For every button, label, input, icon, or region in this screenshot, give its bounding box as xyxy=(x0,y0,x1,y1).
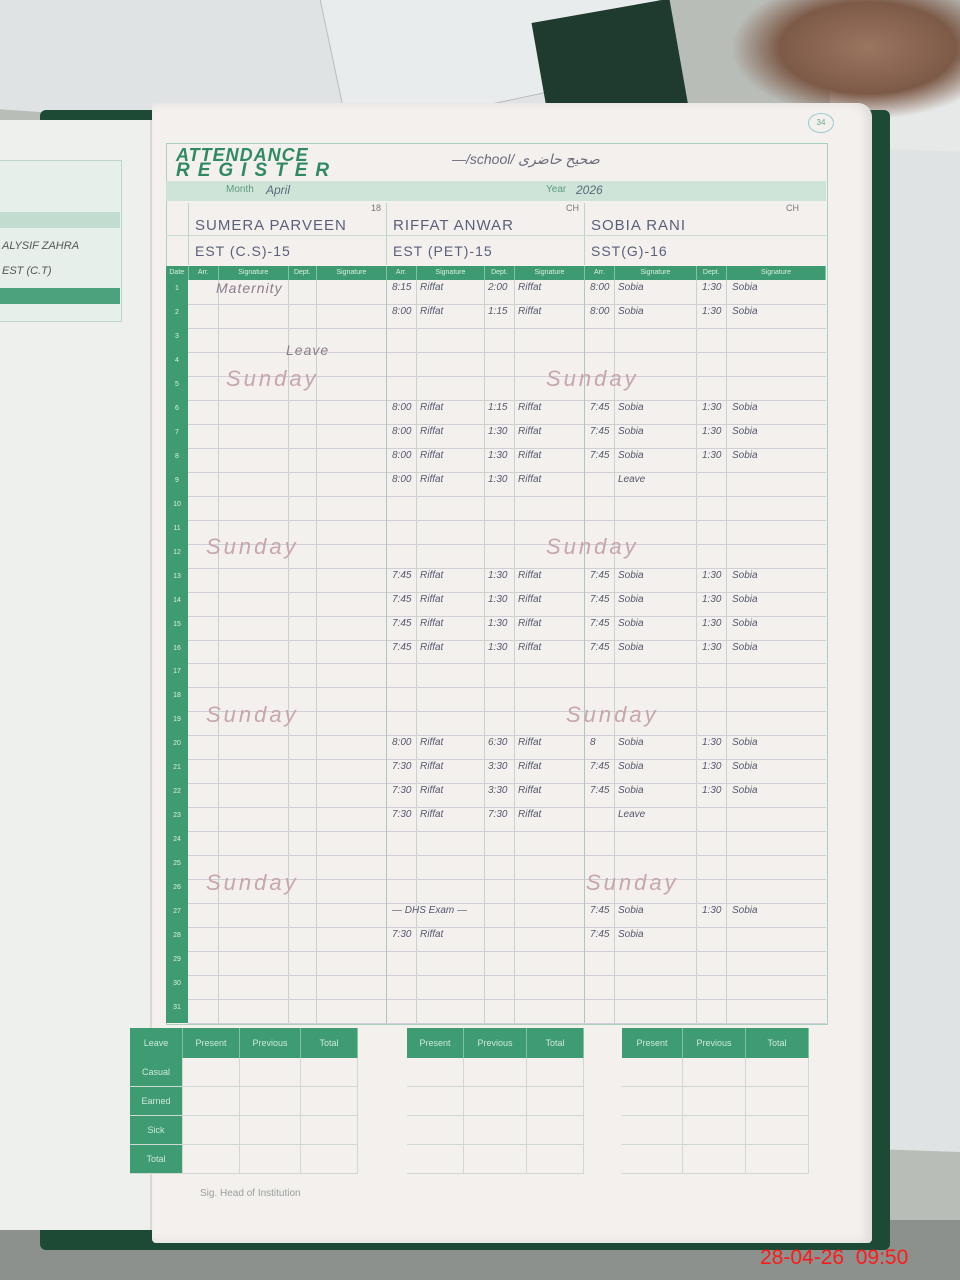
attendance-entry: 1:30 xyxy=(488,474,507,485)
col-header: Date xyxy=(166,266,189,280)
attendance-entry: 1:30 xyxy=(702,618,721,629)
attendance-entry: 1:30 xyxy=(702,450,721,461)
day-number: 8 xyxy=(166,453,188,460)
attendance-entry: Sobia xyxy=(618,905,644,916)
attendance-entry: 7:30 xyxy=(392,785,411,796)
attendance-entry: 8:00 xyxy=(392,474,411,485)
day-number: 10 xyxy=(166,501,188,508)
attendance-entry: Riffat xyxy=(420,737,443,748)
handwritten-remark: Sunday xyxy=(226,366,319,392)
row-line xyxy=(188,1023,826,1024)
handwritten-remark: Sunday xyxy=(206,534,299,560)
attendance-entry: Sobia xyxy=(618,785,644,796)
attendance-entry: Riffat xyxy=(518,737,541,748)
handwritten-remark: Sunday xyxy=(586,870,679,896)
left-page-band xyxy=(0,212,120,228)
serial-mark: CH xyxy=(786,203,799,213)
attendance-entry: 8:15 xyxy=(392,282,411,293)
staff-column-2: CH RIFFAT ANWAR EST (PET)-15 xyxy=(386,203,585,265)
attendance-entry: Riffat xyxy=(518,785,541,796)
attendance-entry: 8:00 xyxy=(590,282,609,293)
handwritten-remark: Leave xyxy=(286,342,329,358)
attendance-entry: 1:30 xyxy=(488,618,507,629)
attendance-entry: 7:30 xyxy=(392,809,411,820)
attendance-entry: 8:00 xyxy=(392,426,411,437)
attendance-entry: Leave xyxy=(618,474,645,485)
attendance-entry: 1:30 xyxy=(702,570,721,581)
attendance-entry: 2:00 xyxy=(488,282,507,293)
row-line xyxy=(188,496,826,497)
row-line xyxy=(188,520,826,521)
attendance-entry: 8:00 xyxy=(590,306,609,317)
summary-header: Previous xyxy=(464,1028,527,1058)
attendance-entry: Riffat xyxy=(518,450,541,461)
row-line xyxy=(188,663,826,664)
attendance-entry: 7:45 xyxy=(590,905,609,916)
attendance-entry: 7:45 xyxy=(590,785,609,796)
row-line xyxy=(188,424,826,425)
column-line xyxy=(218,280,219,1023)
month-year-band: Month April Year 2026 xyxy=(166,181,826,201)
leave-summary-3: Present Previous Total xyxy=(622,1028,809,1174)
attendance-entry: Riffat xyxy=(420,618,443,629)
attendance-entry: Sobia xyxy=(618,642,644,653)
attendance-entry: Sobia xyxy=(618,402,644,413)
attendance-entry: Sobia xyxy=(618,306,644,317)
handwritten-remark: Sunday xyxy=(206,870,299,896)
day-number: 29 xyxy=(166,956,188,963)
attendance-entry: 1:15 xyxy=(488,402,507,413)
attendance-entry: Sobia xyxy=(618,426,644,437)
attendance-entry: Riffat xyxy=(420,642,443,653)
column-line xyxy=(514,280,515,1023)
attendance-entry: 7:30 xyxy=(392,761,411,772)
attendance-entry: Sobia xyxy=(732,306,758,317)
hand-holding-page xyxy=(730,0,960,120)
row-line xyxy=(188,592,826,593)
day-number: 3 xyxy=(166,333,188,340)
attendance-entry: Riffat xyxy=(518,282,541,293)
attendance-entry: Sobia xyxy=(732,785,758,796)
attendance-entry: 1:30 xyxy=(702,594,721,605)
row-line xyxy=(188,783,826,784)
day-number: 13 xyxy=(166,573,188,580)
attendance-entry: 7:45 xyxy=(392,570,411,581)
day-number: 30 xyxy=(166,980,188,987)
attendance-entry: Riffat xyxy=(420,929,443,940)
staff-column-3: CH SOBIA RANI SST(G)-16 xyxy=(584,203,805,265)
left-page-column-header xyxy=(0,288,120,304)
attendance-entry: Sobia xyxy=(732,905,758,916)
attendance-entry: 1:30 xyxy=(702,642,721,653)
attendance-entry: Riffat xyxy=(518,594,541,605)
attendance-entry: Riffat xyxy=(518,809,541,820)
date-column: 1234567891011121314151617181920212223242… xyxy=(166,280,188,1023)
handwritten-remark: Sunday xyxy=(206,702,299,728)
attendance-entry: 7:45 xyxy=(590,402,609,413)
day-number: 26 xyxy=(166,884,188,891)
summary-row-label: Sick xyxy=(130,1116,183,1145)
attendance-entry: Sobia xyxy=(732,594,758,605)
row-line xyxy=(188,472,826,473)
col-header: Signature xyxy=(727,266,826,280)
page-number: 34 xyxy=(808,113,834,133)
summary-header: Previous xyxy=(240,1028,301,1058)
col-header: Signature xyxy=(515,266,585,280)
head-signature-label: Sig. Head of Institution xyxy=(200,1188,301,1199)
attendance-entry: 7:45 xyxy=(590,426,609,437)
attendance-entry: 8:00 xyxy=(392,306,411,317)
handwritten-remark: Sunday xyxy=(546,534,639,560)
attendance-entry: 7:30 xyxy=(488,809,507,820)
col-header: Dept. xyxy=(289,266,317,280)
attendance-entry: 6:30 xyxy=(488,737,507,748)
attendance-entry: 7:45 xyxy=(590,761,609,772)
staff-name: RIFFAT ANWAR xyxy=(393,217,514,234)
attendance-entry: Riffat xyxy=(420,761,443,772)
summary-header: Total xyxy=(301,1028,358,1058)
row-line xyxy=(188,903,826,904)
attendance-entry: 7:45 xyxy=(590,618,609,629)
row-line xyxy=(188,640,826,641)
timestamp-time: 09:50 xyxy=(856,1246,909,1269)
row-line xyxy=(188,855,826,856)
attendance-entry: 7:45 xyxy=(590,594,609,605)
day-number: 14 xyxy=(166,597,188,604)
row-line xyxy=(188,927,826,928)
leave-summary-2: Present Previous Total xyxy=(407,1028,584,1174)
attendance-register-page: 34 ATTENDANCE REGISTER —/school/ صحیح حا… xyxy=(152,103,872,1243)
attendance-entry: 1:30 xyxy=(702,282,721,293)
attendance-entry: 8:00 xyxy=(392,402,411,413)
divider xyxy=(166,235,826,236)
attendance-entry: Riffat xyxy=(518,618,541,629)
attendance-entry: 1:30 xyxy=(488,594,507,605)
attendance-entry: Riffat xyxy=(420,785,443,796)
month-label: Month xyxy=(226,184,254,195)
attendance-entry: Riffat xyxy=(420,306,443,317)
attendance-entry: 7:45 xyxy=(392,594,411,605)
attendance-entry: 1:15 xyxy=(488,306,507,317)
col-header: Signature xyxy=(417,266,485,280)
summary-row-header: Leave xyxy=(130,1028,183,1058)
attendance-entry: Sobia xyxy=(618,761,644,772)
left-page-name: ALYSIF ZAHRA xyxy=(2,240,79,252)
row-line xyxy=(188,735,826,736)
day-number: 23 xyxy=(166,812,188,819)
attendance-grid: 1234567891011121314151617181920212223242… xyxy=(166,280,826,1023)
month-value: April xyxy=(266,183,290,197)
attendance-entry: 7:45 xyxy=(392,618,411,629)
attendance-entry: 8:00 xyxy=(392,737,411,748)
day-number: 6 xyxy=(166,405,188,412)
summary-header: Present xyxy=(407,1028,464,1058)
row-line xyxy=(188,568,826,569)
handwritten-remark: Sunday xyxy=(546,366,639,392)
day-number: 28 xyxy=(166,932,188,939)
attendance-entry: 1:30 xyxy=(702,737,721,748)
day-number: 15 xyxy=(166,621,188,628)
attendance-entry: Riffat xyxy=(518,474,541,485)
attendance-entry: Sobia xyxy=(732,618,758,629)
summary-row-label: Earned xyxy=(130,1087,183,1116)
day-number: 22 xyxy=(166,788,188,795)
row-line xyxy=(188,951,826,952)
staff-designation: SST(G)-16 xyxy=(591,243,668,259)
staff-designation: EST (C.S)-15 xyxy=(195,243,291,259)
row-line xyxy=(188,807,826,808)
col-header: Signature xyxy=(317,266,387,280)
summary-row-label: Casual xyxy=(130,1058,183,1087)
attendance-entry: Sobia xyxy=(732,426,758,437)
camera-timestamp: 28-04-26 09:50 xyxy=(760,1246,908,1270)
row-line xyxy=(188,352,826,353)
attendance-entry: Sobia xyxy=(618,282,644,293)
day-number: 19 xyxy=(166,716,188,723)
day-number: 31 xyxy=(166,1004,188,1011)
staff-name: SUMERA PARVEEN xyxy=(195,217,347,234)
attendance-entry: Riffat xyxy=(420,594,443,605)
attendance-entry: 8:00 xyxy=(392,450,411,461)
col-header: Dept. xyxy=(485,266,515,280)
summary-row-label: Total xyxy=(130,1145,183,1174)
register-title: ATTENDANCE REGISTER xyxy=(176,147,337,179)
attendance-entry: 7:45 xyxy=(590,642,609,653)
column-line xyxy=(484,280,485,1023)
handwritten-remark: Maternity xyxy=(216,280,283,296)
handwritten-label: —/school/ صحیح حاضری xyxy=(452,151,600,168)
attendance-entry: Sobia xyxy=(618,594,644,605)
attendance-entry: Riffat xyxy=(420,282,443,293)
day-number: 27 xyxy=(166,908,188,915)
attendance-entry: 3:30 xyxy=(488,761,507,772)
attendance-entry: 1:30 xyxy=(702,761,721,772)
row-line xyxy=(188,999,826,1000)
day-number: 16 xyxy=(166,645,188,652)
col-header: Signature xyxy=(219,266,289,280)
attendance-entry: 3:30 xyxy=(488,785,507,796)
staff-names-row: 18 SUMERA PARVEEN EST (C.S)-15 CH RIFFAT… xyxy=(166,203,826,265)
day-number: 4 xyxy=(166,357,188,364)
staff-name: SOBIA RANI xyxy=(591,217,686,234)
attendance-entry: Leave xyxy=(618,809,645,820)
attendance-entry: Riffat xyxy=(518,306,541,317)
serial-mark: CH xyxy=(566,203,579,213)
attendance-entry: Riffat xyxy=(518,402,541,413)
attendance-entry: 1:30 xyxy=(702,402,721,413)
serial-mark: 18 xyxy=(371,203,381,213)
day-number: 2 xyxy=(166,309,188,316)
attendance-entry: Riffat xyxy=(518,426,541,437)
attendance-entry: 1:30 xyxy=(702,426,721,437)
attendance-entry: Sobia xyxy=(732,737,758,748)
attendance-entry: Riffat xyxy=(518,642,541,653)
day-number: 25 xyxy=(166,860,188,867)
attendance-entry: 1:30 xyxy=(702,785,721,796)
attendance-entry: Riffat xyxy=(518,761,541,772)
left-page-designation: EST (C.T) xyxy=(2,265,52,277)
attendance-entry: — DHS Exam — xyxy=(392,905,467,916)
col-header: Dept. xyxy=(697,266,727,280)
attendance-entry: 1:30 xyxy=(702,306,721,317)
column-line xyxy=(696,280,697,1023)
attendance-entry: Riffat xyxy=(420,474,443,485)
attendance-entry: Riffat xyxy=(420,570,443,581)
row-line xyxy=(188,975,826,976)
attendance-entry: 1:30 xyxy=(488,450,507,461)
summary-header: Present xyxy=(183,1028,240,1058)
attendance-entry: 1:30 xyxy=(488,570,507,581)
row-line xyxy=(188,448,826,449)
attendance-entry: 7:45 xyxy=(590,570,609,581)
attendance-entry: Sobia xyxy=(732,282,758,293)
row-line xyxy=(188,400,826,401)
day-number: 1 xyxy=(166,285,188,292)
attendance-entry: 8 xyxy=(590,737,596,748)
staff-column-1: 18 SUMERA PARVEEN EST (C.S)-15 xyxy=(188,203,387,265)
day-number: 11 xyxy=(166,525,188,532)
col-header: Arr. xyxy=(387,266,417,280)
attendance-entry: Sobia xyxy=(732,450,758,461)
attendance-entry: Sobia xyxy=(732,570,758,581)
row-line xyxy=(188,328,826,329)
leave-summary-1: Leave Present Previous Total Casual Earn… xyxy=(130,1028,358,1174)
col-header: Arr. xyxy=(585,266,615,280)
attendance-entry: Sobia xyxy=(618,450,644,461)
title-line-2: REGISTER xyxy=(176,163,337,179)
summary-header: Total xyxy=(527,1028,584,1058)
col-header: Arr. xyxy=(189,266,219,280)
column-line xyxy=(726,280,727,1023)
day-number: 21 xyxy=(166,764,188,771)
day-number: 12 xyxy=(166,549,188,556)
attendance-entry: Sobia xyxy=(732,642,758,653)
row-line xyxy=(188,616,826,617)
staff-designation: EST (PET)-15 xyxy=(393,243,493,259)
column-header-row: Date Arr. Signature Dept. Signature Arr.… xyxy=(166,266,826,280)
summary-header: Present xyxy=(622,1028,683,1058)
attendance-entry: Sobia xyxy=(618,929,644,940)
day-number: 18 xyxy=(166,692,188,699)
attendance-entry: 7:45 xyxy=(392,642,411,653)
attendance-entry: Sobia xyxy=(618,737,644,748)
day-number: 17 xyxy=(166,668,188,675)
year-value: 2026 xyxy=(576,183,603,197)
column-line xyxy=(386,280,387,1023)
attendance-entry: 1:30 xyxy=(488,642,507,653)
col-header: Signature xyxy=(615,266,696,280)
day-number: 9 xyxy=(166,477,188,484)
attendance-entry: 7:30 xyxy=(392,929,411,940)
attendance-entry: Sobia xyxy=(732,402,758,413)
attendance-entry: Sobia xyxy=(618,618,644,629)
attendance-entry: Riffat xyxy=(518,570,541,581)
row-line xyxy=(188,687,826,688)
day-number: 20 xyxy=(166,740,188,747)
row-line xyxy=(188,759,826,760)
attendance-entry: Riffat xyxy=(420,426,443,437)
attendance-entry: 1:30 xyxy=(488,426,507,437)
summary-header: Total xyxy=(746,1028,809,1058)
attendance-entry: Riffat xyxy=(420,402,443,413)
row-line xyxy=(188,304,826,305)
attendance-entry: 7:45 xyxy=(590,450,609,461)
attendance-entry: 1:30 xyxy=(702,905,721,916)
attendance-entry: Sobia xyxy=(732,761,758,772)
summary-header: Previous xyxy=(683,1028,746,1058)
day-number: 24 xyxy=(166,836,188,843)
year-label: Year xyxy=(546,184,566,195)
attendance-entry: 7:45 xyxy=(590,929,609,940)
day-number: 5 xyxy=(166,381,188,388)
attendance-entry: Riffat xyxy=(420,809,443,820)
handwritten-remark: Sunday xyxy=(566,702,659,728)
attendance-entry: Riffat xyxy=(420,450,443,461)
day-number: 7 xyxy=(166,429,188,436)
timestamp-date: 28-04-26 xyxy=(760,1246,844,1269)
row-line xyxy=(188,831,826,832)
attendance-entry: Sobia xyxy=(618,570,644,581)
